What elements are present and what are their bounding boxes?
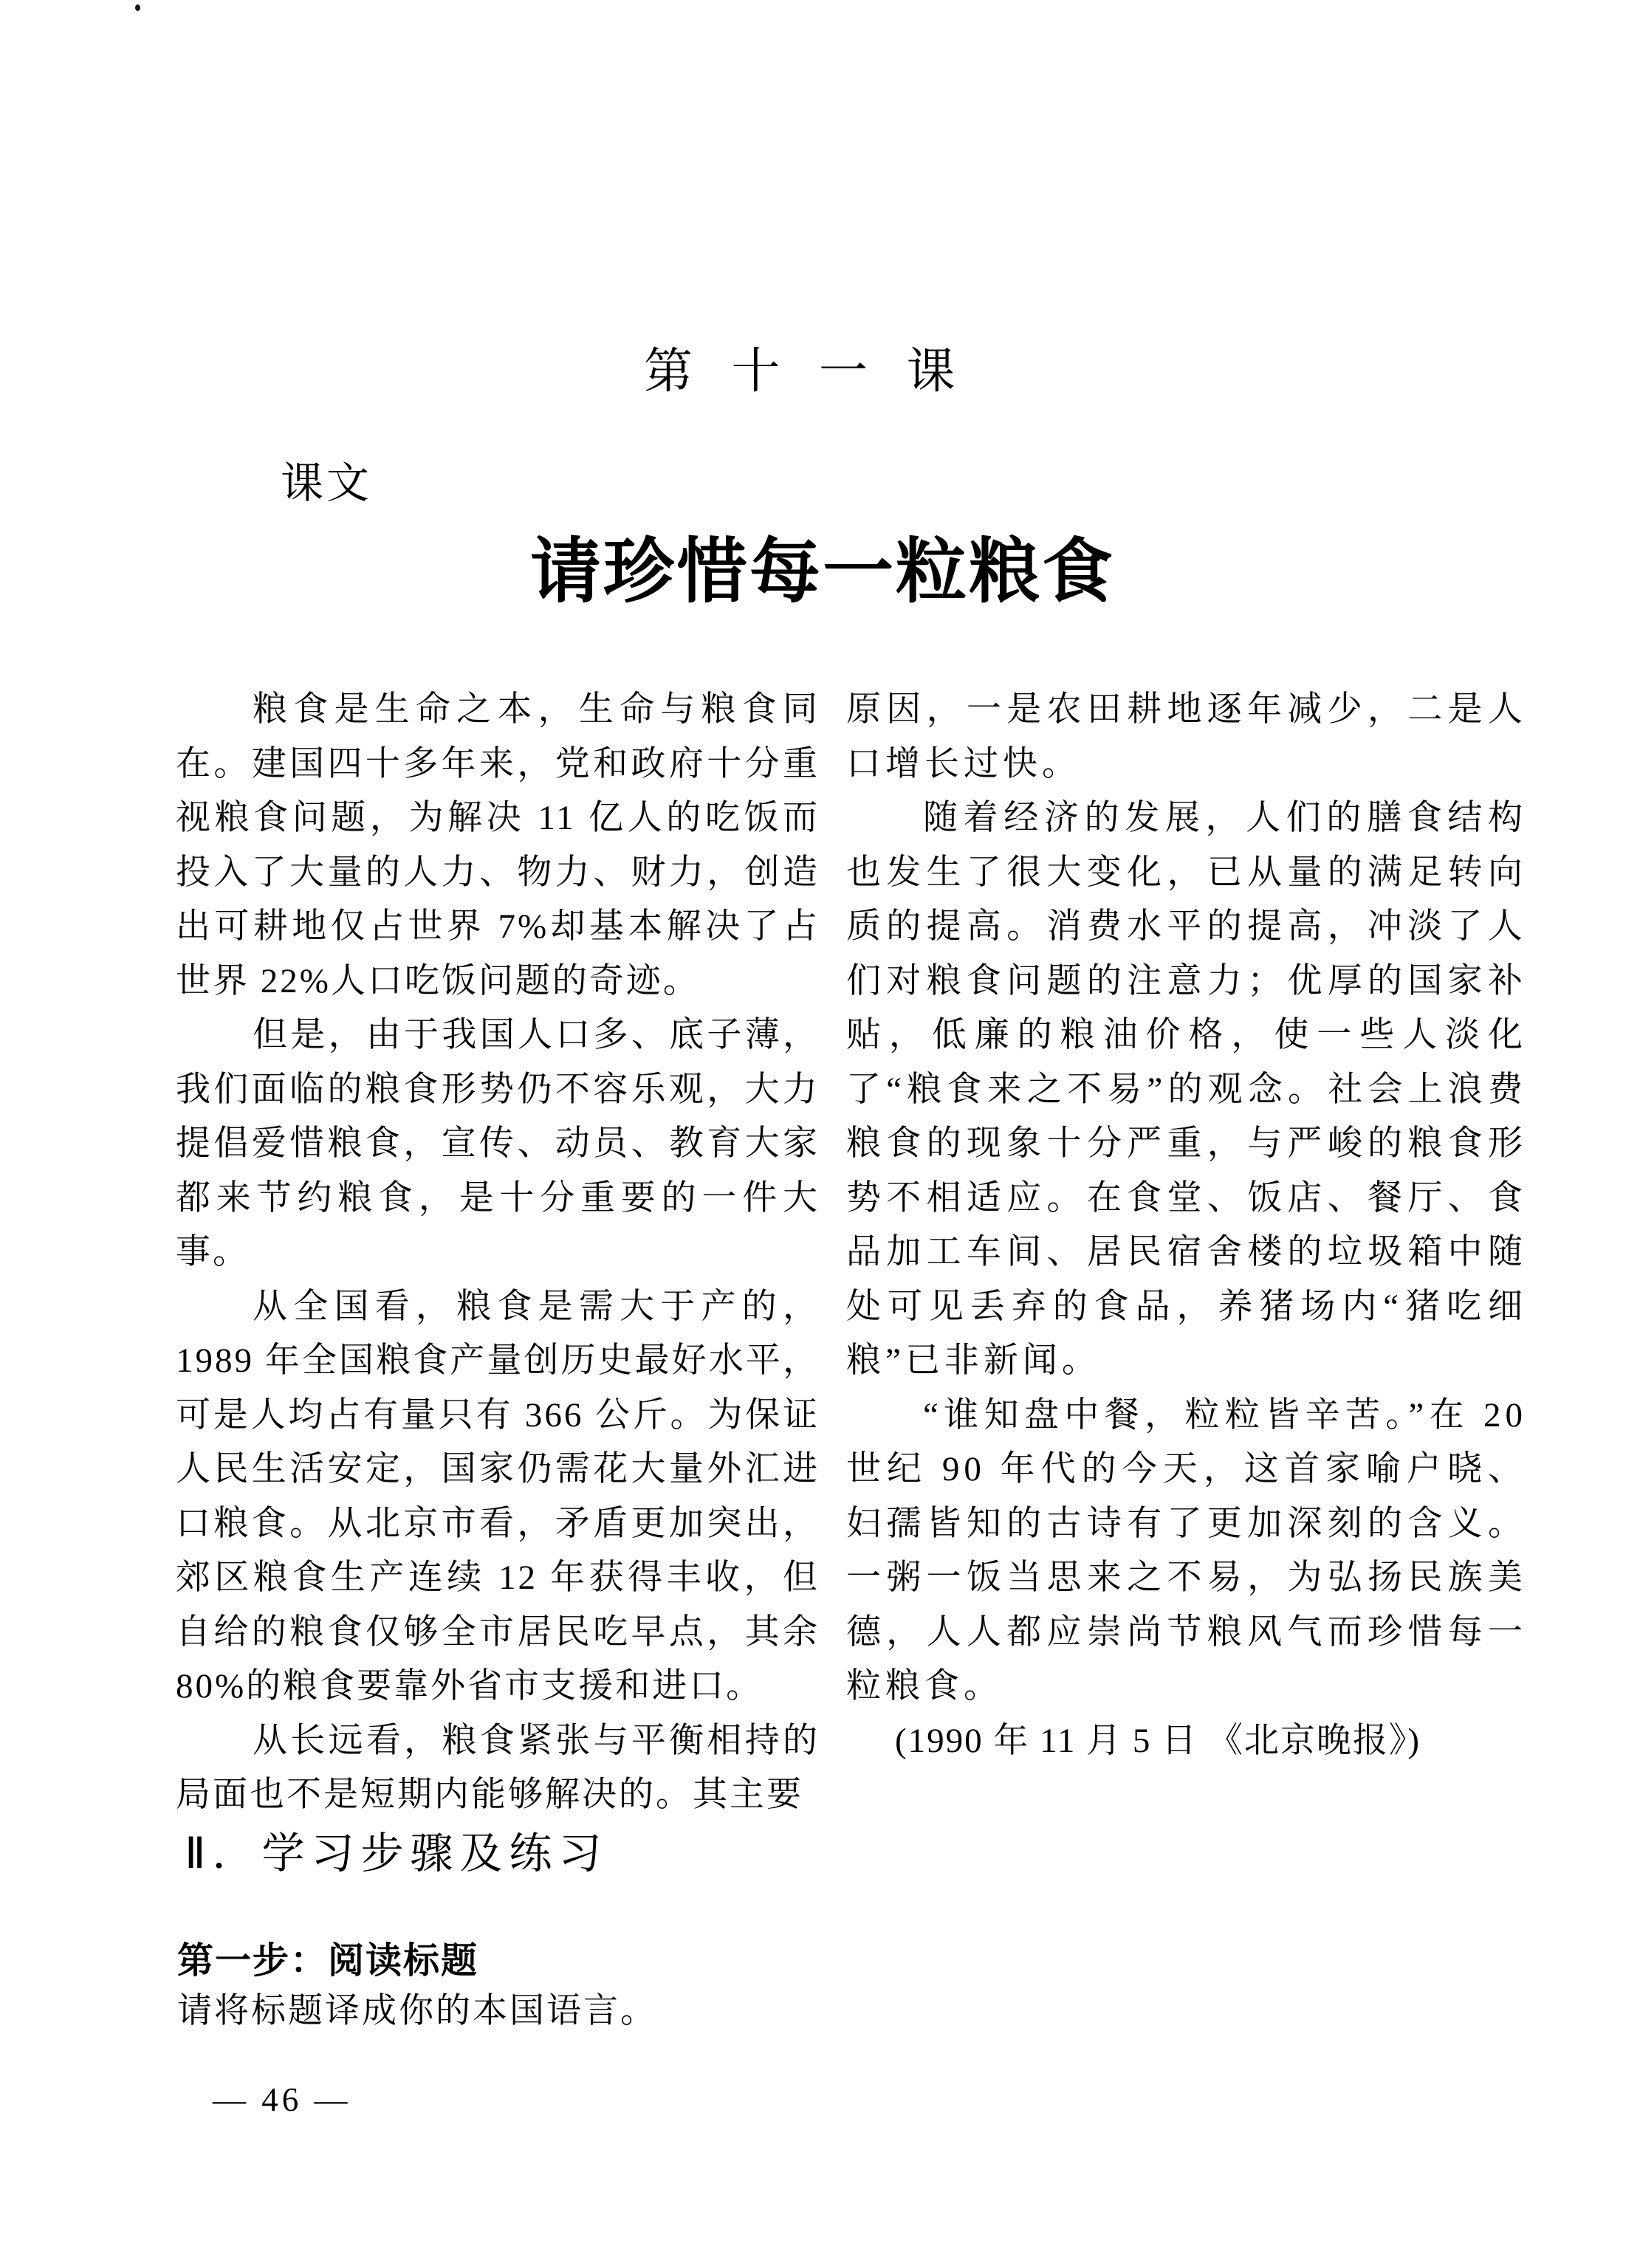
article-right-column: 原因，一是农田耕地逐年减少，二是人口增长过快。随着经济的发展，人们的膳食结构也发…	[846, 683, 1527, 1823]
article-left-column: 粮食是生命之本，生命与粮食同在。建国四十多年来，党和政府十分重视粮食问题，为解决…	[176, 683, 820, 1823]
text-section-label: 课文	[281, 459, 372, 509]
print-speck	[135, 4, 140, 11]
page-number: — 46 —	[213, 2080, 351, 2119]
article-paragraph: 从全国看，粮食是需大于产的，1989 年全国粮食产量创历史最好水平，可是人均占有…	[176, 1280, 820, 1714]
exercise-step-heading: 第一步：阅读标题	[177, 1940, 478, 1982]
article-paragraph: 从长远看，粮食紧张与平衡相持的局面也不是短期内能够解决的。其主要	[176, 1714, 820, 1823]
lesson-title: 第 十 一 课	[644, 344, 957, 400]
article-paragraph: 原因，一是农田耕地逐年减少，二是人口增长过快。	[846, 683, 1527, 791]
article-paragraph: “谁知盘中餐，粒粒皆辛苦。”在 20 世纪 90 年代的今天，这首家喻户晓、妇孺…	[846, 1389, 1527, 1714]
article-paragraph: 粮食是生命之本，生命与粮食同在。建国四十多年来，党和政府十分重视粮食问题，为解决…	[176, 683, 820, 1008]
article-body: 粮食是生命之本，生命与粮食同在。建国四十多年来，党和政府十分重视粮食问题，为解决…	[176, 683, 1527, 1823]
exercise-step-instruction: 请将标题译成你的本国语言。	[177, 1990, 657, 2032]
article-attribution: (1990 年 11 月 5 日 《北京晚报》)	[846, 1714, 1527, 1769]
article-paragraph: 随着经济的发展，人们的膳食结构也发生了很大变化，已从量的满足转向质的提高。消费水…	[846, 791, 1527, 1389]
article-title: 请珍惜每一粒粮食	[530, 533, 1115, 611]
exercises-section-heading: Ⅱ．学习步骤及练习	[185, 1829, 608, 1879]
textbook-page: 第 十 一 课 课文 请珍惜每一粒粮食 粮食是生命之本，生命与粮食同在。建国四十…	[0, 0, 1640, 2268]
article-paragraph: 但是，由于我国人口多、底子薄，我们面临的粮食形势仍不容乐观，大力提倡爱惜粮食，宣…	[176, 1008, 820, 1280]
